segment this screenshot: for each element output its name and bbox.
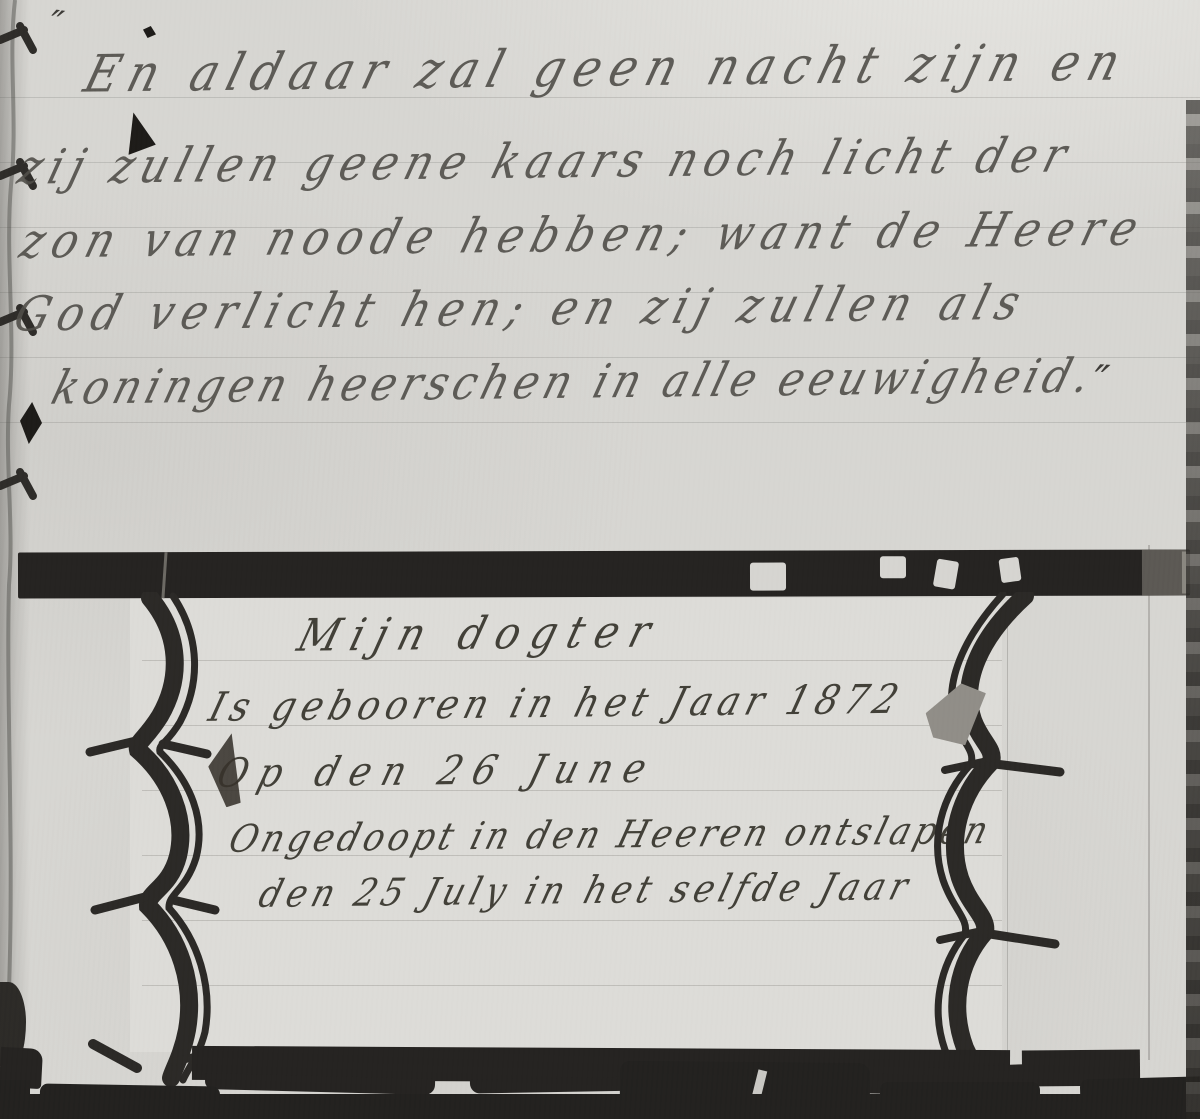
panel-line-5: den 25 July in het selfde Jaar (254, 865, 918, 917)
torn-patch (998, 557, 1021, 584)
closing-quote-mark: ″ (1092, 356, 1111, 406)
page-edge-right (1186, 100, 1200, 1119)
torn-patch (880, 556, 906, 578)
panel-line-4: Ongedoopt in den Heeren ontslapen (224, 808, 997, 862)
panel-line-3: Op den 26 June (212, 746, 663, 797)
quote-line-5: koningen heerschen in alle eeuwigheid. (46, 348, 1102, 415)
torn-patch (933, 558, 959, 589)
quote-line-2: zij zullen geene kaars noch licht der (12, 128, 1080, 196)
quote-line-4: God verlicht hen; en zij zullen als (8, 275, 1034, 343)
torn-patch (750, 563, 786, 591)
quote-line-1: En aldaar zal geen nacht zijn en (78, 31, 1136, 104)
bottom-edge-band (0, 1094, 1200, 1119)
left-ribbon-border (85, 592, 235, 1092)
panel-line-1: Mijn dogter (292, 606, 667, 662)
right-ribbon-border (925, 592, 1075, 1097)
torn-edge-fragment (620, 1061, 870, 1097)
panel-line-2: Is gebooren in het Jaar 1872 (204, 677, 909, 731)
page-fold-line (1148, 545, 1150, 1060)
quote-line-3: zon van noode hebben; want de Heere (14, 201, 1152, 270)
panel-ruled-line (142, 920, 1002, 921)
panel-ruled-line (142, 985, 1002, 986)
ink-blot (143, 26, 156, 38)
panel-ruled-line (142, 660, 1002, 661)
ruled-line (0, 422, 1200, 423)
manuscript-page: ″ En aldaar zal geen nacht zijn en zij z… (0, 0, 1200, 1119)
